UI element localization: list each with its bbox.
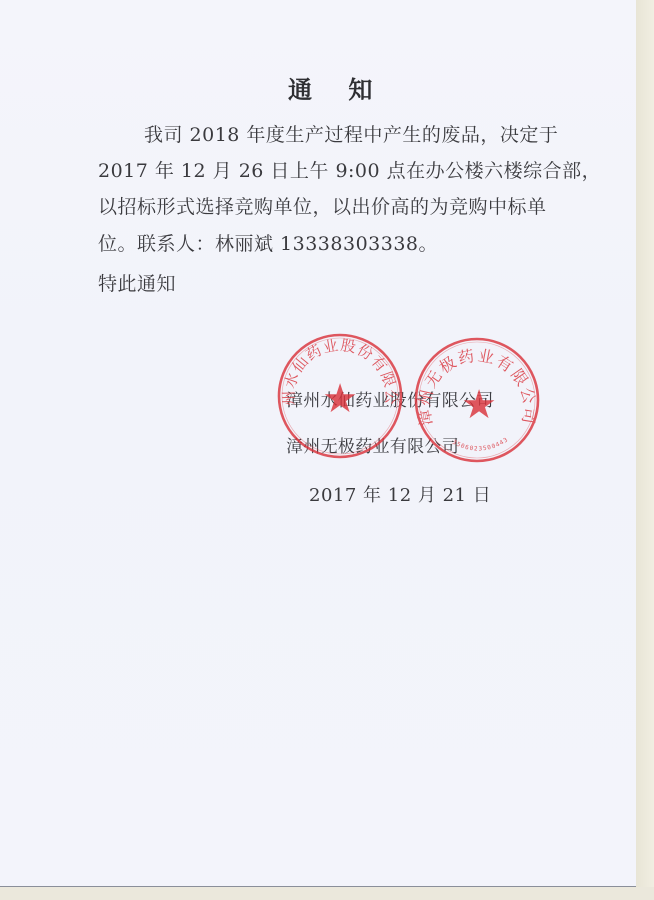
seal-layer: 漳州水仙药业股份有限公司 ★ 漳州无极药业有限公司 3506023500443 … — [0, 0, 654, 900]
company-seal-wuji: 漳州无极药业有限公司 3506023500443 ★ — [413, 336, 541, 464]
star-icon: ★ — [461, 382, 497, 428]
seal-arc-text: 漳州水仙药业股份有限公司 — [276, 332, 400, 406]
seal-registration-number: 3506023500443 — [451, 436, 510, 453]
seal-arc-text: 漳州无极药业有限公司 — [414, 346, 539, 427]
star-icon: ★ — [322, 376, 358, 422]
company-seal-shuixian: 漳州水仙药业股份有限公司 ★ — [276, 332, 404, 460]
